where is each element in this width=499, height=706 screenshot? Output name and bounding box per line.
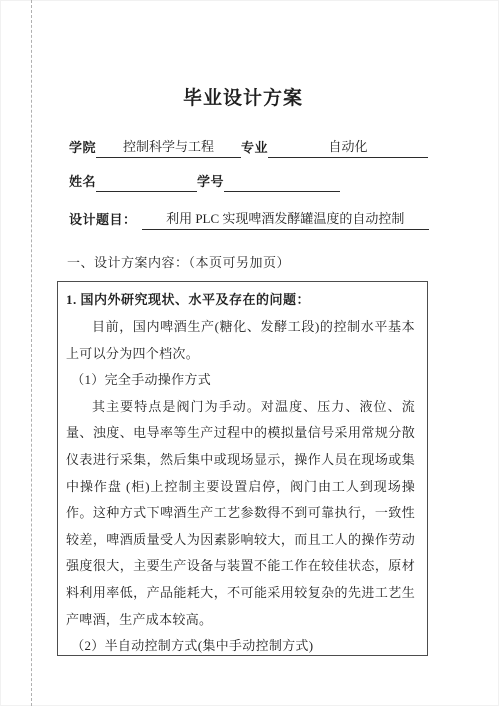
student-id-label: 学号: [197, 172, 224, 192]
topic-label: 设计题目：: [69, 210, 137, 230]
major-value-blank: 自动化: [268, 137, 428, 158]
name-label: 姓名: [69, 172, 96, 192]
document-title: 毕业设计方案: [57, 86, 429, 112]
topic-value-blank: 利用 PLC 实现啤酒发酵罐温度的自动控制: [142, 209, 429, 230]
college-major-row: 学院 控制科学与工程 专业 自动化: [69, 137, 429, 158]
student-id-value-blank: [224, 171, 340, 192]
page-content: 毕业设计方案 学院 控制科学与工程 专业 自动化 姓名 学号 设计题目： 利用 …: [57, 0, 429, 656]
college-value-blank: 控制科学与工程: [96, 137, 241, 158]
college-label: 学院: [69, 138, 96, 158]
major-label: 专业: [241, 138, 268, 158]
paragraph-item-1-title: （1）完全手动操作方式: [66, 367, 415, 394]
name-value-blank: [96, 171, 197, 192]
paragraph-item-2-title: （2）半自动控制方式(集中手动控制方式): [66, 633, 415, 656]
paragraph-current-status: 目前，国内啤酒生产(糖化、发酵工段)的控制水平基本上可以分为四个档次。: [66, 314, 415, 367]
name-id-row: 姓名 学号: [69, 171, 429, 192]
document-page: { "document": { "title": "毕业设计方案", "fiel…: [0, 0, 499, 706]
content-box-heading: 1. 国内外研究现状、水平及存在的问题：: [66, 290, 415, 310]
binding-fold-line: [31, 0, 32, 706]
section-heading: 一、设计方案内容：（本页可另加页）: [67, 254, 429, 272]
paragraph-item-1-body: 其主要特点是阀门为手动。对温度、压力、液位、流量、浊度、电导率等生产过程中的模拟…: [66, 394, 415, 633]
content-box: 1. 国内外研究现状、水平及存在的问题： 目前，国内啤酒生产(糖化、发酵工段)的…: [57, 281, 428, 656]
topic-row: 设计题目： 利用 PLC 实现啤酒发酵罐温度的自动控制: [69, 209, 429, 230]
